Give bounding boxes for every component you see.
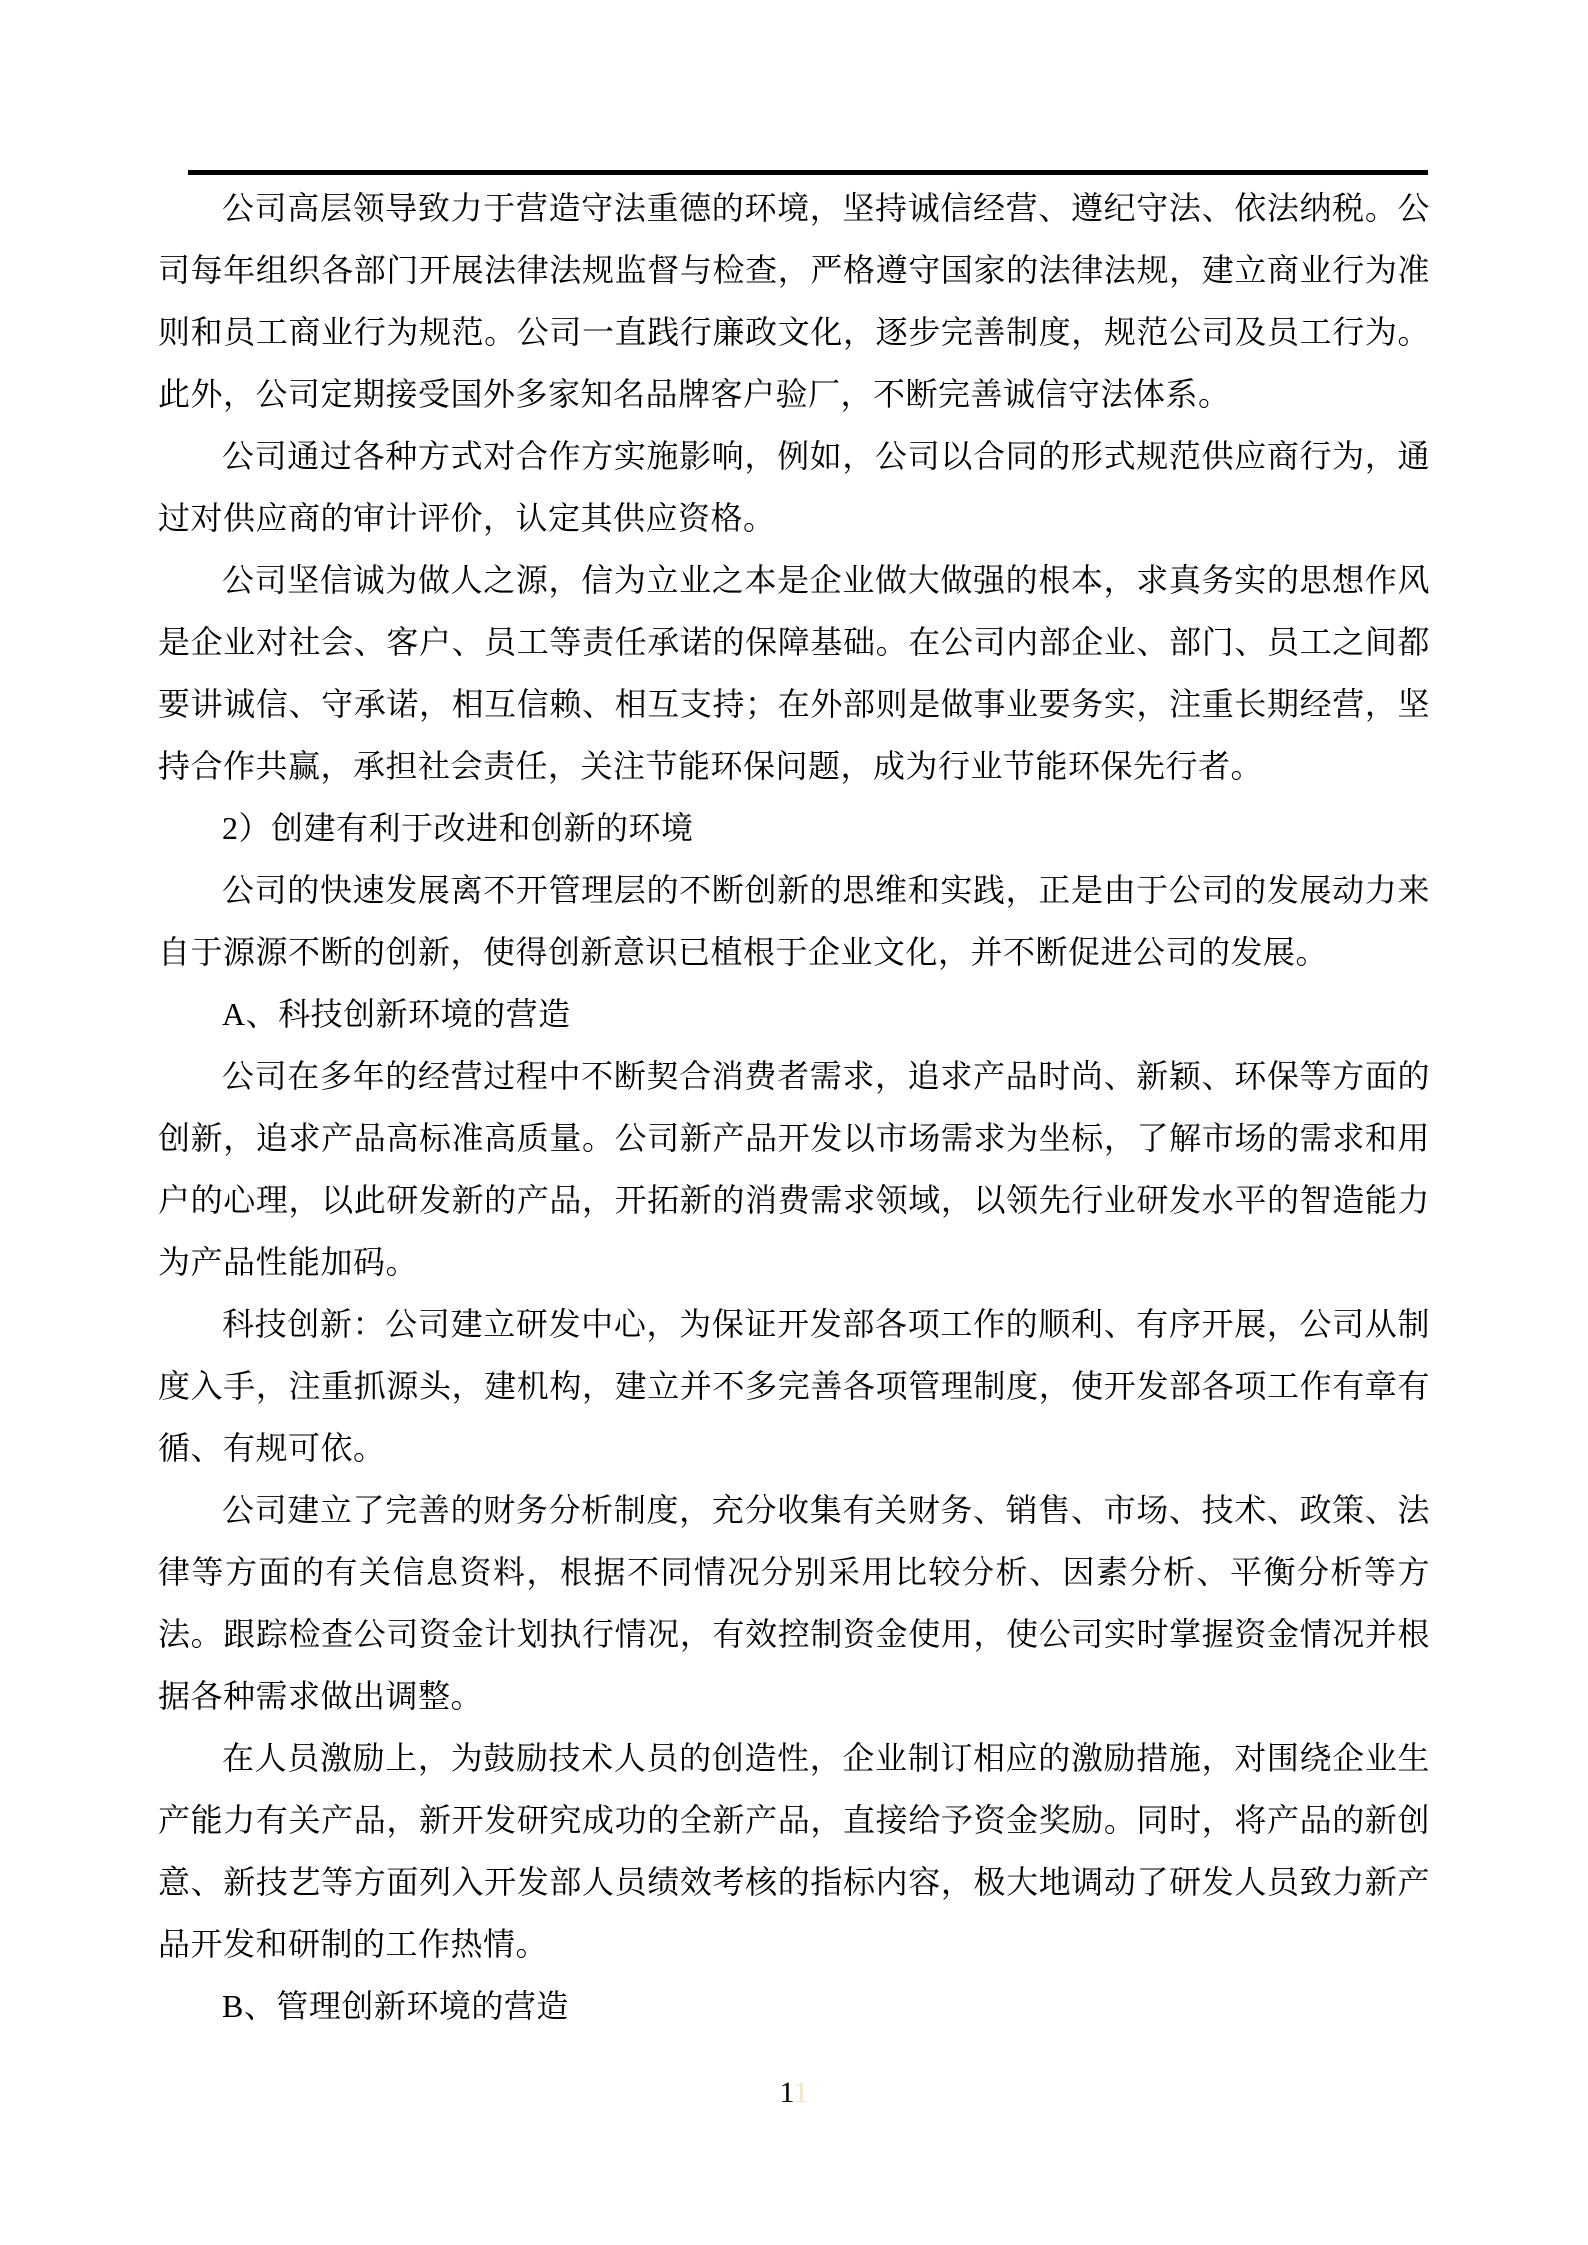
paragraph: 公司通过各种方式对合作方实施影响，例如，公司以合同的形式规范供应商行为，通过对供…: [158, 425, 1430, 549]
paragraph: 在人员激励上，为鼓励技术人员的创造性，企业制订相应的激励措施，对围绕企业生产能力…: [158, 1727, 1430, 1975]
paragraph-heading: A、科技创新环境的营造: [158, 983, 1430, 1045]
paragraph: 公司坚信诚为做人之源，信为立业之本是企业做大做强的根本，求真务实的思想作风是企业…: [158, 549, 1430, 797]
paragraph-heading: 2）创建有利于改进和创新的环境: [158, 797, 1430, 859]
paragraph: 公司的快速发展离不开管理层的不断创新的思维和实践，正是由于公司的发展动力来自于源…: [158, 859, 1430, 983]
paragraph: 公司高层领导致力于营造守法重德的环境，坚持诚信经营、遵纪守法、依法纳税。公司每年…: [158, 177, 1430, 425]
paragraph-heading: B、管理创新环境的营造: [158, 1975, 1430, 2037]
paragraph: 公司建立了完善的财务分析制度，充分收集有关财务、销售、市场、技术、政策、法律等方…: [158, 1479, 1430, 1727]
header-rule: [188, 170, 1428, 175]
document-page: 公司高层领导致力于营造守法重德的环境，坚持诚信经营、遵纪守法、依法纳税。公司每年…: [0, 0, 1588, 2245]
document-body: 公司高层领导致力于营造守法重德的环境，坚持诚信经营、遵纪守法、依法纳税。公司每年…: [158, 177, 1430, 2037]
paragraph: 科技创新：公司建立研发中心，为保证开发部各项工作的顺利、有序开展，公司从制度入手…: [158, 1293, 1430, 1479]
page-footer: 11: [0, 2075, 1588, 2111]
page-number-ghost: 1: [793, 2076, 808, 2109]
page-number: 1: [780, 2076, 794, 2109]
paragraph: 公司在多年的经营过程中不断契合消费者需求，追求产品时尚、新颖、环保等方面的创新，…: [158, 1045, 1430, 1293]
